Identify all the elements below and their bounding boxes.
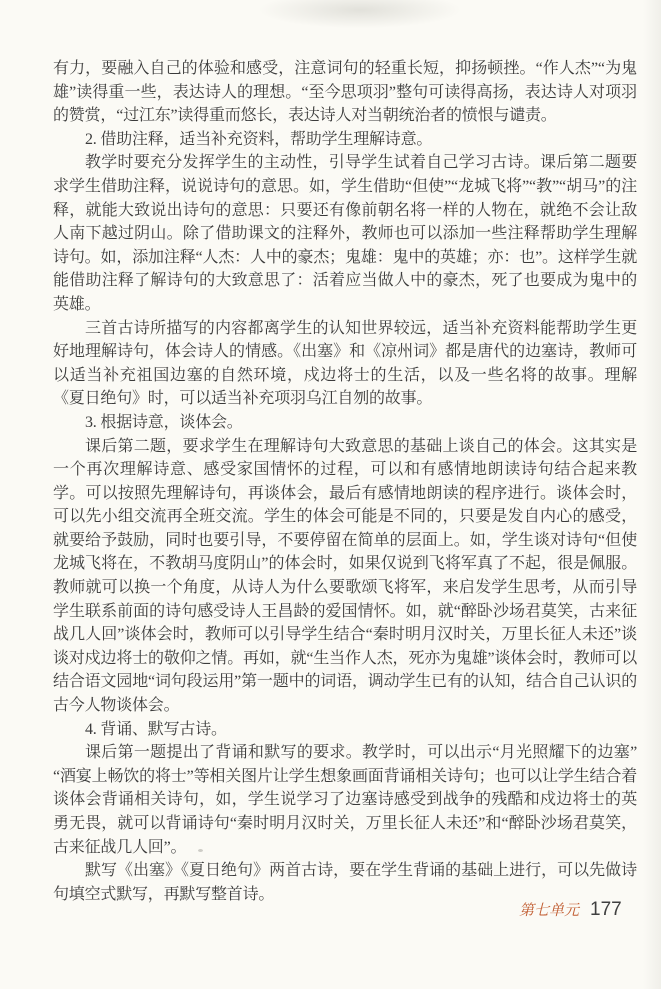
scan-edge-shade xyxy=(643,0,661,989)
paragraph: 课后第一题提出了背诵和默写的要求。教学时，可以出示“月光照耀下的边塞”“酒宴上畅… xyxy=(53,741,637,859)
numbered-item-2: 2. 借助注释，适当补充资料，帮助学生理解诗意。 xyxy=(53,128,637,152)
numbered-item-4: 4. 背诵、默写古诗。 xyxy=(53,718,637,742)
paragraph: 教学时要充分发挥学生的主动性，引导学生试着自己学习古诗。课后第二题要求学生借助注… xyxy=(53,151,637,316)
scan-smudge xyxy=(250,0,470,30)
page-number: 177 xyxy=(590,899,622,921)
page-footer: 第七单元 177 xyxy=(519,899,622,921)
unit-label: 第七单元 xyxy=(519,899,579,920)
book-page: 有力，要融入自己的体验和感受，注意词句的轻重长短，抑扬顿挫。“作人杰”“为鬼雄”… xyxy=(0,0,661,989)
paragraph-continuation: 有力，要融入自己的体验和感受，注意词句的轻重长短，抑扬顿挫。“作人杰”“为鬼雄”… xyxy=(53,57,637,128)
numbered-item-3: 3. 根据诗意，谈体会。 xyxy=(53,411,637,435)
paragraph: 三首古诗所描写的内容都离学生的认知世界较远，适当补充资料能帮助学生更好地理解诗句… xyxy=(53,317,637,411)
page-body-text: 有力，要融入自己的体验和感受，注意词句的轻重长短，抑扬顿挫。“作人杰”“为鬼雄”… xyxy=(53,57,637,906)
paragraph: 课后第二题，要求学生在理解诗句大致意思的基础上谈自己的体会。这其实是一个再次理解… xyxy=(53,435,637,718)
